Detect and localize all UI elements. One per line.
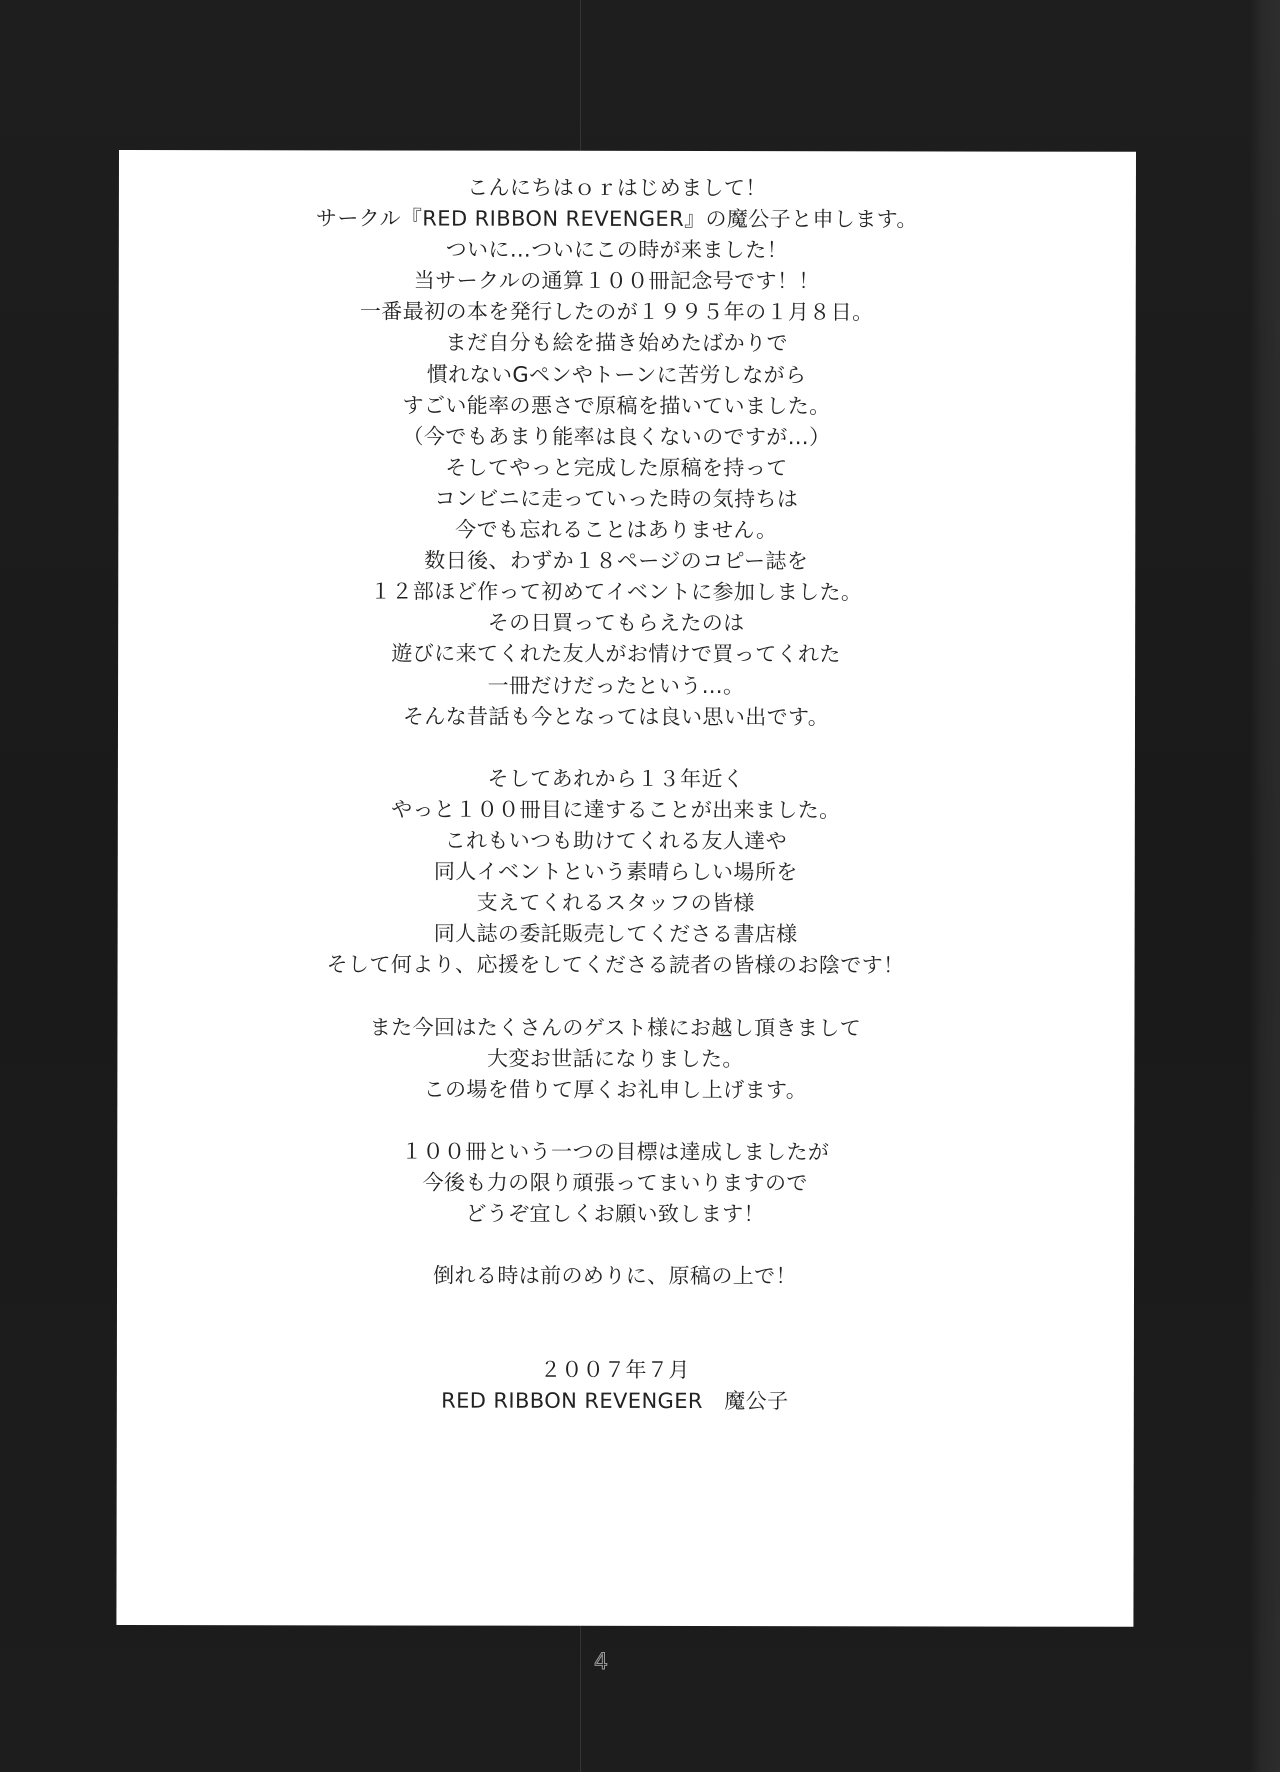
text-line: そしてやっと完成した原稿を持って: [118, 452, 1114, 485]
text-line: コンビニに走っていった時の気持ちは: [118, 483, 1114, 516]
text-line: その日買ってもらえたのは: [118, 607, 1114, 640]
text-line: まだ自分も絵を描き始めたばかりで: [119, 327, 1115, 360]
text-line: 数日後、わずか１８ページのコピー誌を: [118, 545, 1114, 578]
page-number: 4: [594, 1650, 608, 1675]
text-line: また今回はたくさんのゲスト様にお越し頂きまして: [117, 1012, 1113, 1045]
paragraph-spacer: [118, 732, 1114, 765]
paragraph-greeting: こんにちはｏｒはじめまして！ サークル『RED RIBBON REVENGER』…: [118, 172, 1115, 733]
text-line: 当サークルの通算１００冊記念号です！！: [119, 265, 1115, 298]
text-line: 同人イベントという素晴らしい場所を: [118, 856, 1114, 889]
paragraph-motto: 倒れる時は前のめりに、原稿の上で！: [117, 1260, 1113, 1293]
text-line: ついに…ついにこの時が来ました！: [119, 234, 1115, 267]
text-line: 大変お世話になりました。: [117, 1043, 1113, 1076]
paragraph-spacer: [117, 1291, 1113, 1355]
text-line: １２部ほど作って初めてイベントに参加しました。: [118, 576, 1114, 609]
afterword-text: こんにちはｏｒはじめまして！ サークル『RED RIBBON REVENGER』…: [117, 172, 1115, 1417]
signature-author: RED RIBBON REVENGER 魔公子: [117, 1385, 1113, 1418]
text-line: これもいつも助けてくれる友人達や: [118, 825, 1114, 858]
paragraph-spacer: [117, 1229, 1113, 1262]
text-line: 遊びに来てくれた友人がお情けで買ってくれた: [118, 638, 1114, 671]
text-line: 一番最初の本を発行したのが１９９５年の１月８日。: [119, 296, 1115, 329]
text-line: そんな昔話も今となっては良い思い出です。: [118, 701, 1114, 734]
text-line: 同人誌の委託販売してくださる書店様: [118, 918, 1114, 951]
text-line: そして何より、応援をしてくださる読者の皆様のお陰です！: [118, 949, 1114, 982]
text-line: こんにちはｏｒはじめまして！: [119, 172, 1115, 205]
paragraph-future: １００冊という一つの目標は達成しましたが 今後も力の限り頑張ってまいりますので …: [117, 1136, 1113, 1231]
text-line: 慣れないGペンやトーンに苦労しながら: [119, 359, 1115, 392]
text-line: 一冊だけだったという…。: [118, 669, 1114, 702]
text-line: 倒れる時は前のめりに、原稿の上で！: [117, 1260, 1113, 1293]
paragraph-spacer: [117, 980, 1113, 1013]
signature: ２００７年７月 RED RIBBON REVENGER 魔公子: [117, 1354, 1113, 1418]
text-line: やっと１００冊目に達することが出来ました。: [118, 794, 1114, 827]
text-line: 今後も力の限り頑張ってまいりますので: [117, 1167, 1113, 1200]
signature-date: ２００７年７月: [117, 1354, 1113, 1387]
paragraph-spacer: [117, 1105, 1113, 1138]
text-line: この場を借りて厚くお礼申し上げます。: [117, 1074, 1113, 1107]
text-line: すごい能率の悪さで原稿を描いていました。: [119, 390, 1115, 423]
text-line: 支えてくれるスタッフの皆様: [118, 887, 1114, 920]
text-line: 今でも忘れることはありません。: [118, 514, 1114, 547]
afterword-page: こんにちはｏｒはじめまして！ サークル『RED RIBBON REVENGER』…: [116, 150, 1136, 1627]
paragraph-thanks: そしてあれから１３年近く やっと１００冊目に達することが出来ました。 これもいつ…: [118, 763, 1114, 982]
text-line: どうぞ宜しくお願い致します！: [117, 1198, 1113, 1231]
text-line: （今でもあまり能率は良くないのですが…）: [118, 421, 1114, 454]
text-line: そしてあれから１３年近く: [118, 763, 1114, 796]
paragraph-guests: また今回はたくさんのゲスト様にお越し頂きまして 大変お世話になりました。 この場…: [117, 1012, 1113, 1107]
text-line: サークル『RED RIBBON REVENGER』の魔公子と申します。: [119, 203, 1115, 236]
text-line: １００冊という一つの目標は達成しましたが: [117, 1136, 1113, 1169]
